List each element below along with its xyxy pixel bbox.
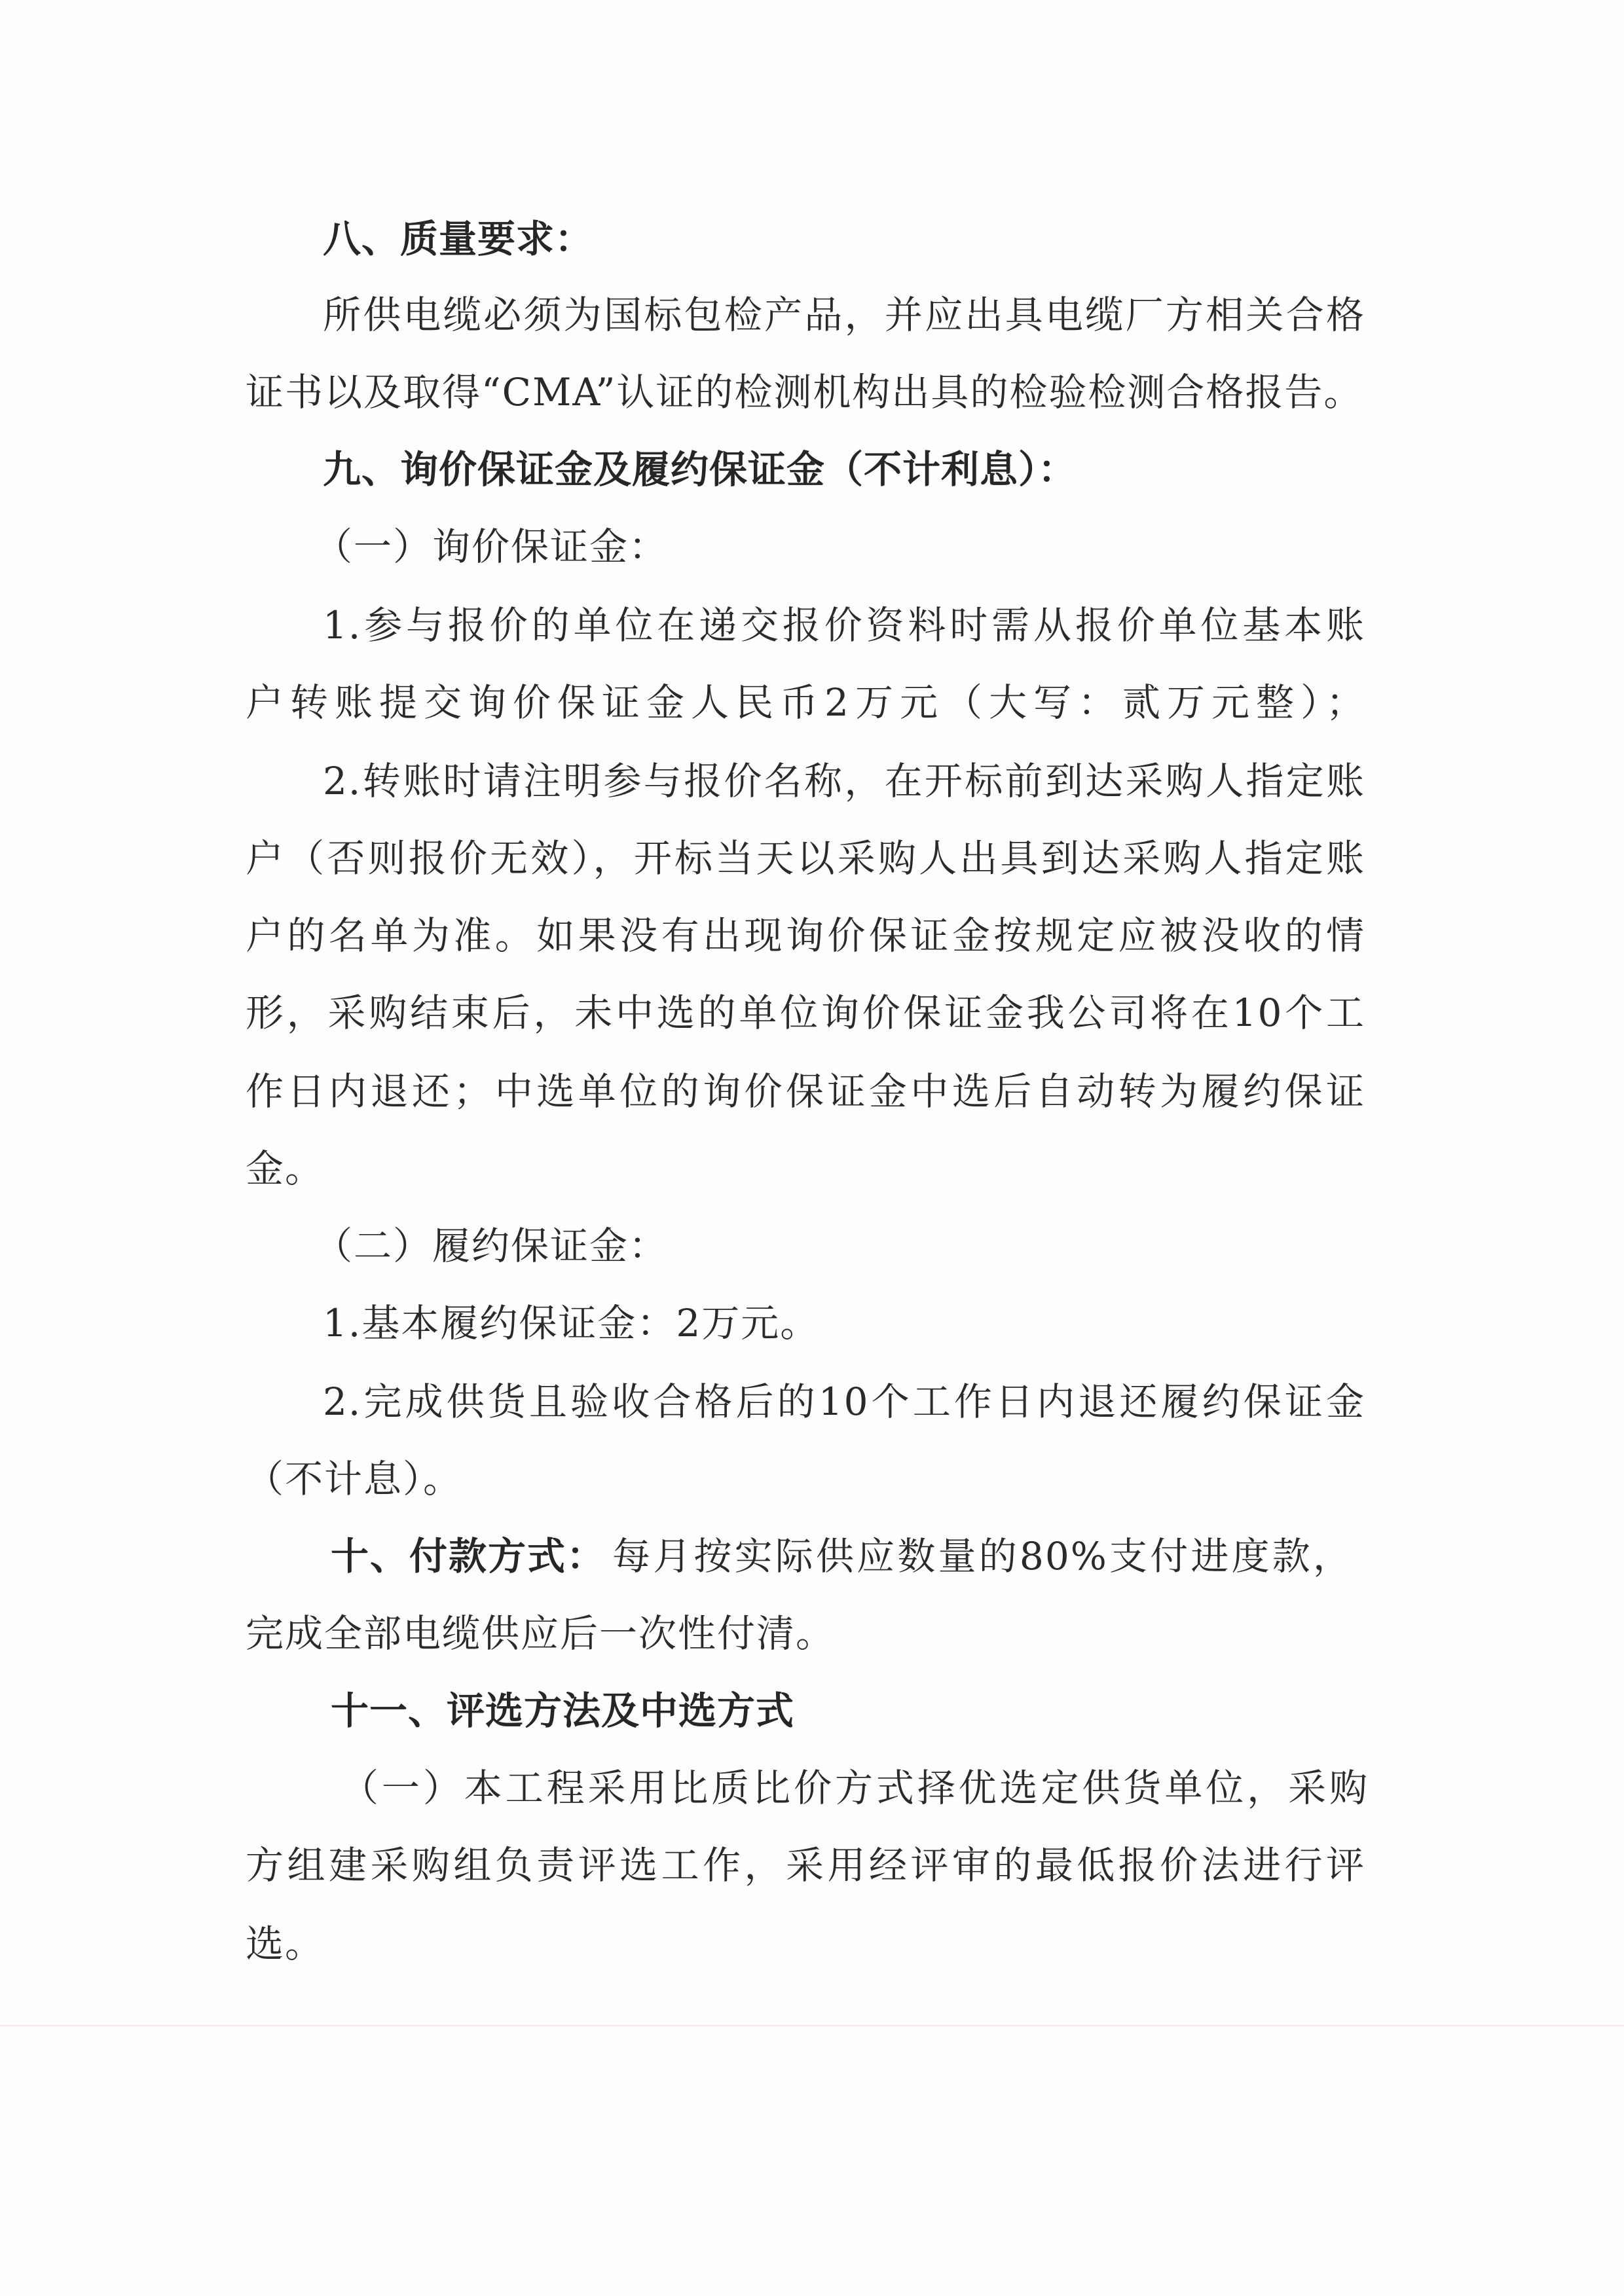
list-item-line: 户的名单为准。如果没有出现询价保证金按规定应被没收的情 (246, 913, 1365, 958)
paragraph-line: 所供电缆必须为国标包检产品，并应出具电缆厂方相关合格 (323, 292, 1365, 338)
list-item-line: 金。 (246, 1146, 1365, 1192)
list-item-line: 形，采购结束后，未中选的单位询价保证金我公司将在10个工 (246, 990, 1365, 1036)
list-item-line: 2.完成供货且验收合格后的10个工作日内退还履约保证金 (323, 1379, 1365, 1425)
paragraph-line: 证书以及取得“CMA”认证的检测机构出具的检验检测合格报告。 (246, 369, 1365, 415)
payment-terms-text: 每月按实际供应数量的80%支付进度款， (612, 1533, 1352, 1579)
section-heading-evaluation: 十一、评选方法及中选方式 (331, 1688, 1352, 1734)
paragraph-line: （一）本工程采用比质比价方式择优选定供货单位，采购 (341, 1765, 1369, 1811)
subsection-title-inquiry-deposit: （一）询价保证金： (314, 524, 1434, 570)
list-item-line: 1.基本履约保证金：2万元。 (323, 1300, 1365, 1346)
list-item-line: 1.参与报价的单位在递交报价资料时需从报价单位基本账 (323, 602, 1365, 648)
scan-fold-line (0, 2025, 1624, 2026)
list-item-line: 户转账提交询价保证金人民币2万元（大写：贰万元整）； (246, 680, 1365, 725)
list-item-line: 2.转账时请注明参与报价名称，在开标前到达采购人指定账 (323, 758, 1365, 804)
section-heading-quality: 八、质量要求： (323, 216, 1365, 262)
list-item-line: 户（否则报价无效），开标当天以采购人出具到达采购人指定账 (246, 835, 1365, 881)
subsection-title-performance-deposit: （二）履约保证金： (314, 1223, 1434, 1269)
section-heading-payment: 十、付款方式： (331, 1533, 606, 1579)
list-item-line: （不计息）。 (246, 1456, 1365, 1502)
payment-method-line: 十、付款方式： 每月按实际供应数量的80%支付进度款， (331, 1533, 1352, 1579)
section-heading-deposits: 九、询价保证金及履约保证金（不计利息）： (323, 446, 1365, 492)
paragraph-line: 方组建采购组负责评选工作，采用经评审的最低报价法进行评 (246, 1842, 1365, 1888)
list-item-line: 作日内退还；中选单位的询价保证金中选后自动转为履约保证 (246, 1068, 1365, 1114)
paragraph-line: 完成全部电缆供应后一次性付清。 (246, 1611, 1365, 1656)
paragraph-line: 选。 (246, 1921, 1365, 1967)
document-page: 八、质量要求： 所供电缆必须为国标包检产品，并应出具电缆厂方相关合格 证书以及取… (0, 0, 1624, 2296)
